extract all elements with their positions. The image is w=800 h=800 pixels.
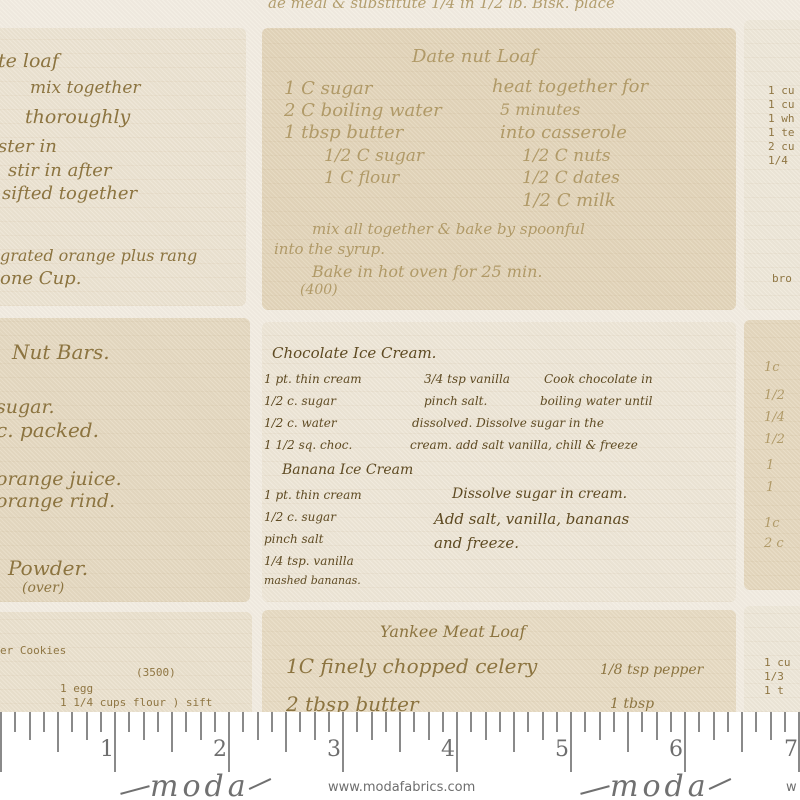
ruler-tick — [727, 712, 729, 732]
card-line: and freeze. — [434, 534, 519, 552]
ruler-tick — [171, 712, 173, 752]
ruler-label-7: 7 — [784, 737, 798, 762]
card-line: 1 te — [768, 126, 795, 139]
card-line: 1 tbsp butter — [284, 122, 403, 143]
card-line: mashed bananas. — [264, 574, 361, 587]
card-title: Date nut Loaf — [412, 46, 537, 67]
card-line: grated orange plus rang — [0, 246, 197, 265]
ruler-tick — [143, 712, 145, 740]
card-line: 2 tbsp butter — [286, 692, 419, 712]
ruler-tick — [100, 712, 102, 732]
moda-logo-repeat: moda — [610, 769, 710, 800]
ruler-tick — [371, 712, 373, 740]
card-title: Chocolate Ice Cream. — [272, 344, 436, 362]
card-line: 1 1/2 sq. choc. — [264, 438, 352, 452]
ruler-tick — [513, 712, 515, 752]
ruler-label-2: 2 — [213, 737, 227, 762]
card-line: 1 tbsp — [610, 696, 654, 712]
card-line: Dissolve sugar in cream. — [452, 486, 627, 502]
card-line: 2 c — [764, 536, 784, 551]
card-line: Add salt, vanilla, bananas — [434, 510, 629, 528]
ruler-tick — [200, 712, 202, 740]
ruler-tick — [29, 712, 31, 740]
card-line: 3/4 tsp vanilla — [424, 372, 510, 386]
card-line: sugar. — [0, 396, 55, 418]
ruler-tick — [228, 712, 230, 772]
ruler-label-5: 5 — [555, 737, 569, 762]
ruler-tick — [242, 712, 244, 732]
card-line: c. packed. — [0, 418, 99, 442]
ruler-tick — [342, 712, 344, 772]
recipe-card-top-right: 1 cu 1 cu 1 wh 1 te 2 cu 1/4 bro — [744, 20, 800, 310]
card-line: into casserole — [500, 122, 627, 143]
card-line: Powder. — [8, 556, 88, 580]
ruler-tick — [570, 712, 572, 772]
brand-url: www.modafabrics.com — [328, 780, 475, 795]
card-title: er Cookies — [0, 644, 66, 657]
card-line: 1 pt. thin cream — [264, 488, 362, 502]
card-line: te loaf — [0, 50, 59, 72]
ruler-tick — [271, 712, 273, 732]
ruler-tick — [257, 712, 259, 740]
card-line: 1/4 — [768, 154, 788, 167]
ruler-tick — [299, 712, 301, 732]
card-line: 1 C flour — [324, 168, 399, 188]
card-title: Yankee Meat Loaf — [380, 622, 526, 641]
ruler-tick — [499, 712, 501, 732]
ruler-tick — [485, 712, 487, 740]
card-line: 1 — [766, 458, 774, 473]
card-line: 1 cu — [764, 656, 791, 669]
card-line: 1C finely chopped celery — [286, 654, 537, 678]
ruler-tick — [285, 712, 287, 752]
ruler-tick — [741, 712, 743, 752]
ruler-tick — [755, 712, 757, 732]
card-line: sifted together — [2, 183, 137, 204]
card-line: 1 egg — [60, 682, 93, 695]
ruler-tick — [784, 712, 786, 732]
ruler-tick — [114, 712, 116, 772]
ruler-tick — [527, 712, 529, 732]
ruler-tick — [542, 712, 544, 740]
ruler-label-1: 1 — [100, 737, 114, 762]
recipe-card-top-left: te loaf mix together thoroughly ster in … — [0, 28, 246, 306]
ruler-label-6: 6 — [669, 737, 683, 762]
card-line: 1 pt. thin cream — [264, 372, 362, 386]
card-line: 1/2 — [764, 432, 785, 447]
ruler-tick — [613, 712, 615, 732]
ruler-tick — [86, 712, 88, 740]
ruler-tick — [43, 712, 45, 732]
card-line: (over) — [22, 580, 64, 596]
card-line: Bake in hot oven for 25 min. — [312, 262, 542, 281]
card-line: Cook chocolate in — [544, 372, 653, 386]
ruler-tick — [684, 712, 686, 772]
fabric-print: ae meal & substitute 1/4 in 1/2 lb. Bisk… — [0, 0, 800, 712]
ruler-tick — [413, 712, 415, 732]
card-line: 1 C sugar — [284, 78, 372, 99]
ruler-tick — [0, 712, 2, 772]
recipe-card-yankee-meat-loaf: Yankee Meat Loaf 1C finely chopped celer… — [262, 610, 736, 712]
ruler-tick — [356, 712, 358, 732]
ruler-tick — [698, 712, 700, 732]
card-line: 1 cu — [768, 84, 795, 97]
card-line: into the syrup. — [274, 240, 385, 258]
top-strip-text: ae meal & substitute 1/4 in 1/2 lb. Bisk… — [268, 0, 615, 12]
ruler-tick — [385, 712, 387, 732]
card-line: ster in — [0, 136, 57, 157]
card-line: one Cup. — [0, 268, 81, 289]
recipe-card-bottom-right: 1 cu 1/3 1 t — [744, 606, 800, 712]
ruler-tick — [584, 712, 586, 732]
recipe-card-date-nut-loaf: Date nut Loaf 1 C sugar 2 C boiling wate… — [262, 28, 736, 310]
brand-url-fragment: w — [786, 780, 797, 795]
card-title: Nut Bars. — [12, 340, 110, 364]
ruler-tick — [713, 712, 715, 740]
ruler-tick — [470, 712, 472, 732]
card-line: mix all together & bake by spoonful — [312, 220, 585, 238]
card-line: stir in after — [8, 160, 112, 181]
card-line: 1c — [764, 516, 780, 531]
card-line: (3500) — [136, 666, 176, 679]
ruler-tick — [314, 712, 316, 740]
card-line: 1/2 C nuts — [522, 146, 611, 166]
card-line: orange rind. — [0, 490, 115, 512]
card-line: heat together for — [492, 76, 648, 97]
ruler-tick — [128, 712, 130, 732]
card-line: dissolved. Dissolve sugar in the — [412, 416, 604, 430]
ruler-tick — [442, 712, 444, 732]
card-line: 2 cu — [768, 140, 795, 153]
card-line: 1/4 — [764, 410, 785, 425]
card-line: 1/2 c. sugar — [264, 394, 336, 408]
ruler-tick — [328, 712, 330, 732]
card-line: 1 cu — [768, 98, 795, 111]
measurement-ruler: 1 2 3 4 5 6 7 moda www.modafabrics.com m… — [0, 712, 800, 800]
ruler-tick — [157, 712, 159, 732]
ruler-tick — [185, 712, 187, 732]
ruler-label-4: 4 — [441, 737, 455, 762]
ruler-tick — [770, 712, 772, 740]
ruler-tick — [556, 712, 558, 732]
card-line: thoroughly — [25, 106, 130, 128]
card-line: 1/3 — [764, 670, 784, 683]
card-line: 1/4 tsp. vanilla — [264, 554, 354, 568]
card-line: 1/2 C milk — [522, 190, 616, 211]
ruler-tick — [214, 712, 216, 732]
moda-logo: moda — [150, 769, 250, 800]
card-line: 1 t — [764, 684, 784, 697]
ruler-tick — [456, 712, 458, 772]
ruler-label-3: 3 — [327, 737, 341, 762]
card-line: 1 — [766, 480, 774, 495]
ruler-tick — [71, 712, 73, 732]
card-line: 2 C boiling water — [284, 100, 442, 121]
card-line: 5 minutes — [500, 100, 580, 119]
card-line: 1/2 C sugar — [324, 146, 424, 166]
ruler-tick — [641, 712, 643, 732]
ruler-tick — [14, 712, 16, 732]
card-line: pinch salt. — [424, 394, 487, 408]
card-line: boiling water until — [540, 394, 653, 408]
ruler-tick — [57, 712, 59, 752]
card-line: cream. add salt vanilla, chill & freeze — [410, 438, 638, 452]
ruler-tick — [670, 712, 672, 732]
card-line: 1/2 C dates — [522, 168, 620, 188]
recipe-card-nut-bars: Nut Bars. sugar. c. packed. orange juice… — [0, 318, 250, 602]
ruler-tick — [428, 712, 430, 740]
ruler-tick — [627, 712, 629, 752]
card-subtitle: Banana Ice Cream — [282, 462, 413, 478]
card-line: 1/2 c. sugar — [264, 510, 336, 524]
ruler-tick — [399, 712, 401, 752]
card-line: pinch salt — [264, 532, 323, 546]
card-line: 1/2 c. water — [264, 416, 337, 430]
card-line: 1c — [764, 360, 780, 375]
ruler-tick — [656, 712, 658, 740]
card-line: orange juice. — [0, 468, 122, 490]
card-line: bro — [772, 272, 792, 285]
card-line: mix together — [30, 78, 141, 98]
ruler-tick — [599, 712, 601, 740]
recipe-card-cookies: er Cookies (3500) 1 egg 1 1/4 cups flour… — [0, 612, 252, 712]
card-line: 1 1/4 cups flour ) sift — [60, 696, 212, 709]
recipe-card-chocolate-ice-cream: Chocolate Ice Cream. 1 pt. thin cream 1/… — [262, 322, 736, 602]
recipe-card-middle-right: 1c 1/2 1/4 1/2 1 1 1c 2 c — [744, 320, 800, 590]
card-line: 1/2 — [764, 388, 785, 403]
card-line: 1/8 tsp pepper — [600, 662, 703, 678]
card-line: (400) — [300, 282, 338, 298]
card-line: 1 wh — [768, 112, 795, 125]
